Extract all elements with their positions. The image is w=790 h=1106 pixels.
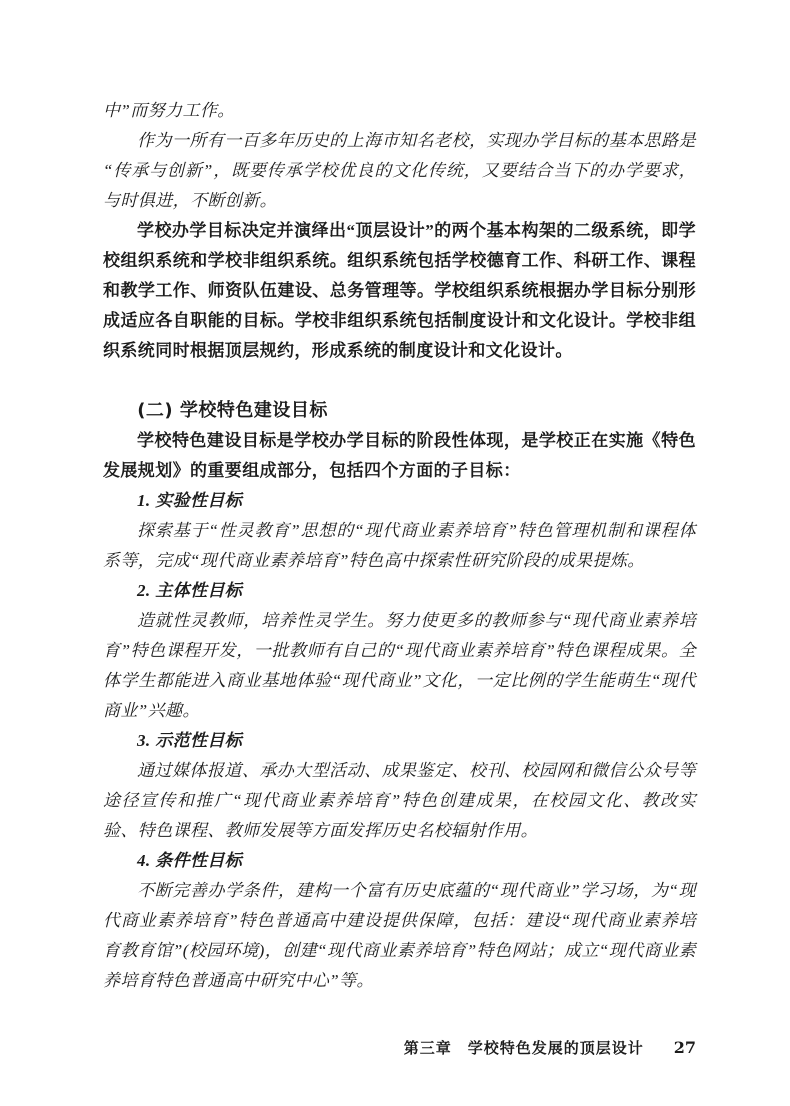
subsection-heading-2: 2. 主体性目标 (103, 576, 696, 606)
subsection-text-4: 不断完善办学条件，建构一个富有历史底蕴的“现代商业”学习场，为“现代商业素养培育… (103, 876, 696, 996)
paragraph-continuation: 中”而努力工作。 (103, 96, 696, 126)
paragraph-systems: 学校办学目标决定并演绎出“顶层设计”的两个基本构架的二级系统，即学校组织系统和学… (103, 216, 696, 366)
subsection-text-3: 通过媒体报道、承办大型活动、成果鉴定、校刊、校园网和微信公众号等途径宣传和推广“… (103, 756, 696, 846)
text-column: 中”而努力工作。 作为一所有一百多年历史的上海市知名老校，实现办学目标的基本思路… (103, 96, 696, 1060)
footer-chapter-title: 学校特色发展的顶层设计 (468, 1041, 644, 1057)
page-footer: 第三章学校特色发展的顶层设计27 (103, 1037, 696, 1060)
subsection-text-1: 探索基于“性灵教育”思想的“现代商业素养培育”特色管理机制和课程体系等，完成“现… (103, 516, 696, 576)
book-page: 中”而努力工作。 作为一所有一百多年历史的上海市知名老校，实现办学目标的基本思路… (0, 0, 790, 1106)
section-intro: 学校特色建设目标是学校办学目标的阶段性体现，是学校正在实施《特色发展规划》的重要… (103, 426, 696, 486)
section-heading: (二) 学校特色建设目标 (103, 396, 696, 426)
subsection-text-2: 造就性灵教师，培养性灵学生。努力使更多的教师参与“现代商业素养培育”特色课程开发… (103, 606, 696, 726)
subsection-heading-1: 1. 实验性目标 (103, 486, 696, 516)
paragraph-legacy: 作为一所有一百多年历史的上海市知名老校，实现办学目标的基本思路是“传承与创新”，… (103, 126, 696, 216)
footer-chapter-label: 第三章 (404, 1041, 452, 1057)
subsection-heading-4: 4. 条件性目标 (103, 846, 696, 876)
subsection-heading-3: 3. 示范性目标 (103, 726, 696, 756)
footer-page-number: 27 (674, 1038, 696, 1057)
